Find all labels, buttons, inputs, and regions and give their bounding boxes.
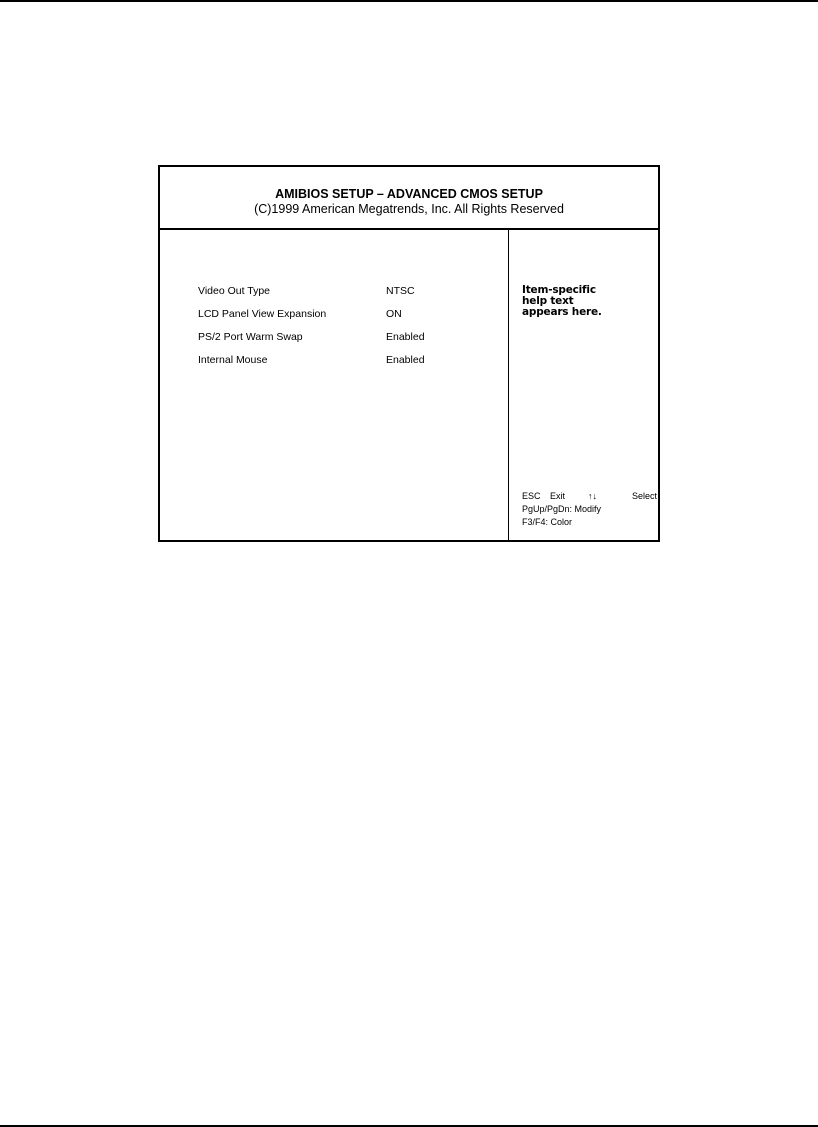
help-pane: Item-specific help text appears here. ES… [508, 230, 659, 540]
exit-label: Exit [550, 490, 565, 503]
bios-setup-screen: AMIBIOS SETUP – ADVANCED CMOS SETUP (C)1… [158, 165, 660, 542]
up-down-arrows-icon: ↑↓ [588, 490, 597, 503]
setting-label: Internal Mouse [198, 354, 267, 366]
setting-ps2-port-warm-swap[interactable]: PS/2 Port Warm Swap Enabled [198, 331, 498, 347]
setting-value[interactable]: Enabled [386, 354, 425, 366]
setting-label: PS/2 Port Warm Swap [198, 331, 303, 343]
setting-label: Video Out Type [198, 285, 270, 297]
settings-pane: Video Out Type NTSC LCD Panel View Expan… [160, 230, 507, 540]
page-title: AMIBIOS SETUP – ADVANCED CMOS SETUP [160, 187, 658, 201]
item-help-text: Item-specific help text appears here. [522, 285, 602, 318]
select-label: Select [632, 490, 657, 503]
setting-lcd-panel-view-expansion[interactable]: LCD Panel View Expansion ON [198, 308, 498, 324]
bios-header: AMIBIOS SETUP – ADVANCED CMOS SETUP (C)1… [160, 167, 658, 230]
setting-value[interactable]: Enabled [386, 331, 425, 343]
key-row-color: F3/F4: Color [522, 516, 657, 529]
setting-video-out-type[interactable]: Video Out Type NTSC [198, 285, 498, 301]
help-line: appears here. [522, 307, 602, 318]
key-row-modify: PgUp/PgDn: Modify [522, 503, 657, 516]
setting-value[interactable]: NTSC [386, 285, 415, 297]
setting-value[interactable]: ON [386, 308, 402, 320]
key-legend: ESC Exit ↑↓ Select PgUp/PgDn: Modify F3/… [522, 490, 657, 529]
copyright-notice: (C)1999 American Megatrends, Inc. All Ri… [160, 202, 658, 216]
page-top-rule [0, 0, 818, 2]
key-row-nav: ESC Exit ↑↓ Select [522, 490, 657, 503]
esc-key-label: ESC [522, 490, 541, 503]
setting-label: LCD Panel View Expansion [198, 308, 326, 320]
setting-internal-mouse[interactable]: Internal Mouse Enabled [198, 354, 498, 370]
